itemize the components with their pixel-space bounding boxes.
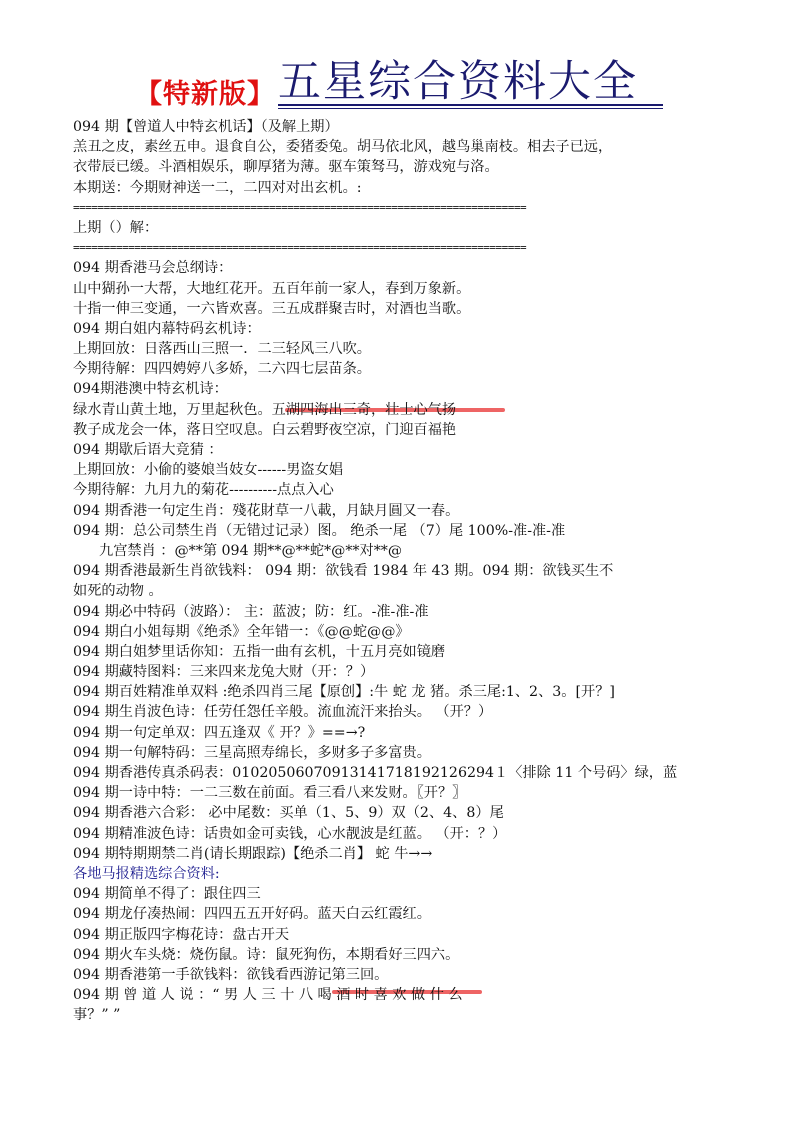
title-underline bbox=[278, 104, 663, 106]
edition-label: 【特新版】 bbox=[135, 72, 275, 111]
title-underline-thin bbox=[278, 108, 663, 109]
page-title: 五星综合资料大全 bbox=[278, 58, 638, 106]
text-line: 教子成龙会一体，落日空叹息。白云碧野夜空凉，门迎百福艳 bbox=[73, 420, 683, 440]
text-line: 如死的动物 。 bbox=[73, 581, 683, 601]
text-line: 羔丑之皮，素丝五申。退食自公，委猪委兔。胡马依北风，越鸟巢南枝。相去子已远， bbox=[73, 137, 683, 157]
text-line: 上期回放：小偷的婆娘当妓女------男盗女娼 bbox=[73, 460, 683, 480]
text-line: 094 期香港一句定生肖：殘花財草一八載，月缺月圓又一春。 bbox=[73, 501, 683, 521]
text-line: 今期待解：九月九的菊花----------点点入心 bbox=[73, 480, 683, 500]
text-line: 094 期 曾 道 人 说 ：“ 男 人 三 十 八 喝 酒 时 喜 欢 做 什… bbox=[73, 985, 683, 1005]
text-line: 衣带辰已缓。斗酒相娱乐，聊厚猪为薄。驱车策驽马，游戏宛与洛。 bbox=[73, 157, 683, 177]
text-line: 094 期火车头烧：烧伤鼠。诗：鼠死狗伤，本期看好三四六。 bbox=[73, 945, 683, 965]
text-line: 094 期简单不得了：跟住四三 bbox=[73, 884, 683, 904]
text-line: 094 期香港传真杀码表：010205060709131417181921262… bbox=[73, 763, 683, 783]
text-line: 094 期白姐梦里话你知：五指一曲有玄机，十五月亮如镜磨 bbox=[73, 642, 683, 662]
text-line: 094 期白姐内幕特码玄机诗： bbox=[73, 319, 683, 339]
text-line: 十指一伸三变通，一六皆欢喜。三五成群聚吉时，对酒也当歌。 bbox=[73, 299, 683, 319]
text-line: 094 期百姓精准单双料 :绝杀四肖三尾【原创】:牛 蛇 龙 猪。杀三尾:1、2… bbox=[73, 682, 683, 702]
text-line: 094 期一句解特码：三星高照寿绵长，多财多子多富贵。 bbox=[73, 743, 683, 763]
text-line: 山中猢孙一大帮，大地红花开。五百年前一家人，春到万象新。 bbox=[73, 279, 683, 299]
text-line: 094 期龙仔凑热闹：四四五五开好码。蓝天白云红霞红。 bbox=[73, 904, 683, 924]
text-line: 094 期香港马会总纲诗： bbox=[73, 258, 683, 278]
text-line: 094 期白小姐每期《绝杀》全年错一：《@@蛇@@》 bbox=[73, 622, 683, 642]
text-line: 094 期香港六合彩： 必中尾数：买单（1、5、9）双（2、4、8）尾 bbox=[73, 803, 683, 823]
text-line: 094 期香港最新生肖欲钱料： 094 期：欲钱看 1984 年 43 期。09… bbox=[73, 561, 683, 581]
text-line: 094 期【曾道人中特玄机话】（及解上期） bbox=[73, 117, 683, 137]
text-line: 094 期歇后语大竞猜 ： bbox=[73, 440, 683, 460]
document-body: 094 期【曾道人中特玄机话】（及解上期） 羔丑之皮，素丝五申。退食自公，委猪委… bbox=[73, 117, 683, 1025]
text-line: 九宫禁肖 ：@**第 094 期**@**蛇*@**对**@ bbox=[73, 541, 683, 561]
text-line: 本期送：今期财神送一二，二四对对出玄机。: bbox=[73, 178, 683, 198]
text-line: 今期待解：四四娉婷八多娇，二六四七层苗条。 bbox=[73, 359, 683, 379]
text-line: 094期港澳中特玄机诗： bbox=[73, 379, 683, 399]
text-line: 094 期精准波色诗：话贵如金可卖钱，心水靓波是红蓝。 （开：？） bbox=[73, 824, 683, 844]
text-line: 094 期一句定单双：四五逢双《 开？》==→? bbox=[73, 723, 683, 743]
text-line: 上期（）解： bbox=[73, 218, 683, 238]
section-heading: 各地马报精选综合资料: bbox=[73, 864, 683, 884]
divider-rule: ========================================… bbox=[73, 238, 625, 258]
text-line: 094 期特期期禁二肖(请长期跟踪)【绝杀二肖】 蛇 牛→→ bbox=[73, 844, 683, 864]
text-line: 094 期藏特图料：三来四来龙兔大财（开：？） bbox=[73, 662, 683, 682]
text-line: 094 期必中特码（波路）： 主：蓝波；防：红。-准-准-准 bbox=[73, 602, 683, 622]
text-line: 094 期正版四字梅花诗：盘古开天 bbox=[73, 925, 683, 945]
text-line: 094 期一诗中特：一二三数在前面。看三看八来发财。〖开？〗 bbox=[73, 783, 683, 803]
text-line: 上期回放：日落西山三照一．二三轻风三八吹。 bbox=[73, 339, 683, 359]
text-line: 事？” ” bbox=[73, 1005, 683, 1025]
text-line: 094 期：总公司禁生肖（无错过记录）图。 绝杀一尾 （7）尾 100%-准-准… bbox=[73, 521, 683, 541]
divider-rule: ========================================… bbox=[73, 198, 625, 218]
document-header: 【特新版】 五星综合资料大全 bbox=[135, 58, 665, 110]
text-line: 094 期香港第一手欲钱料：欲钱看西游记第三回。 bbox=[73, 965, 683, 985]
text-line: 094 期生肖波色诗：任劳任怨任辛般。流血流汗来抬头。 （开？） bbox=[73, 702, 683, 722]
text-line: 绿水青山黄土地，万里起秋色。五湖四海出三奇，壮士心气扬 bbox=[73, 400, 683, 420]
